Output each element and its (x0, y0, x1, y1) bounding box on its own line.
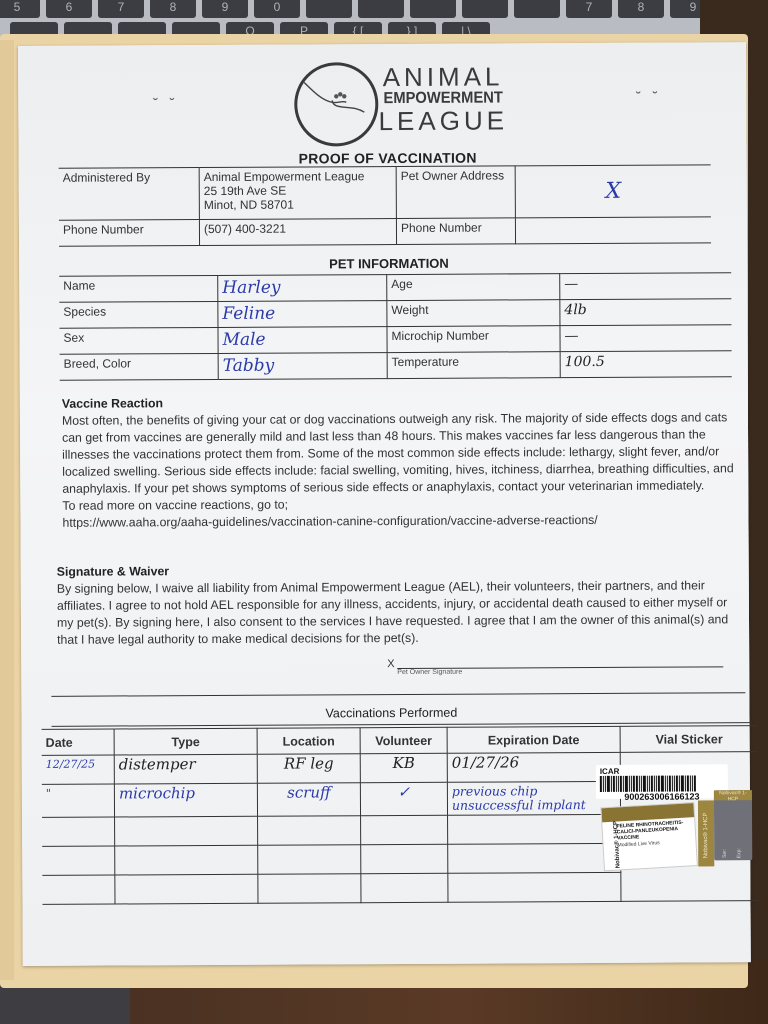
pet-info-value[interactable]: Male (218, 327, 387, 354)
pet-info-row: SpeciesFelineWeight4lb (59, 299, 731, 329)
pet-info-value[interactable]: Tabby (218, 353, 387, 380)
vaccinations-header-row: DateTypeLocationVolunteerExpiration Date… (42, 726, 758, 756)
vaccine-vial-tab: Nobivac® 1-HCP (698, 800, 714, 866)
aaha-link[interactable]: https://www.aaha.org/aaha-guidelines/vac… (62, 513, 597, 530)
admin-value-line3: Minot, ND 58701 (204, 197, 392, 212)
pet-info-value[interactable]: Harley (218, 275, 387, 302)
vaccination-type-cell[interactable] (115, 874, 258, 904)
vaccination-volunteer-cell[interactable] (361, 873, 448, 902)
pet-info-value[interactable]: 4lb (560, 299, 732, 326)
keyboard-key: 5 (0, 0, 40, 18)
pet-owner-address-label: Pet Owner Address (396, 166, 515, 219)
keyboard-key: 8 (618, 0, 664, 18)
decor-left: ˘ ˘ (153, 95, 178, 111)
vaccination-expiration-cell[interactable]: previous chip unsuccessful implant (447, 781, 620, 815)
admin-value-line2: 25 19th Ave SE (204, 183, 392, 198)
folder-edge (0, 40, 14, 980)
pet-info-label: Breed, Color (60, 353, 219, 380)
org-name-line2: EMPOWERMENT (383, 89, 502, 108)
vaccine-lot-sticker: Nobivac® 1-HCP Ser: Exp: (714, 790, 752, 860)
pet-info-label: Weight (387, 300, 560, 327)
pet-info-row: SexMaleMicrochip Number— (59, 325, 731, 355)
pet-info-label: Age (387, 274, 560, 301)
keyboard-key: 9 (670, 0, 700, 18)
vaccination-type-cell[interactable]: distemper (114, 754, 257, 784)
column-header: Type (114, 728, 257, 755)
vaccinations-title: Vaccinations Performed (325, 706, 457, 721)
column-header: Location (257, 728, 360, 755)
vaccination-volunteer-cell[interactable] (361, 844, 448, 873)
vaccination-date-cell[interactable]: 12/27/25 (42, 755, 115, 784)
administered-by-value: Animal Empowerment League 25 19th Ave SE… (199, 167, 396, 220)
keyboard-key: 8 (150, 0, 196, 18)
pet-info-row: NameHarleyAge— (59, 273, 731, 303)
vaccination-location-cell[interactable]: scruff (257, 783, 360, 817)
vaccination-type-cell[interactable] (115, 845, 258, 875)
keyboard-key: 6 (46, 0, 92, 18)
keyboard-key (462, 0, 508, 18)
org-name-line3: LEAGUE (378, 107, 508, 134)
column-header: Vial Sticker (620, 726, 758, 753)
decor-right: ˘ ˘ (636, 89, 661, 105)
pet-info-label: Species (59, 301, 218, 328)
read-more-text: To read more on vaccine reactions, go to… (62, 498, 288, 513)
keyboard-key: 9 (202, 0, 248, 18)
pet-info-row: Breed, ColorTabbyTemperature100.5 (60, 351, 732, 381)
keyboard-key (306, 0, 352, 18)
barcode-icon (600, 775, 724, 792)
vaccination-location-cell[interactable] (258, 874, 361, 904)
keyboard-key: 7 (566, 0, 612, 18)
vaccination-expiration-cell[interactable] (448, 843, 621, 873)
vaccine-reaction-heading: Vaccine Reaction (62, 396, 163, 411)
vaccination-date-cell[interactable] (42, 846, 115, 875)
owner-phone-field[interactable] (515, 217, 711, 244)
microchip-barcode-sticker: ICAR 900263006166123 (596, 764, 728, 799)
org-logo: ANIMAL EMPOWERMENT LEAGUE (294, 61, 504, 138)
pet-info-value[interactable]: Feline (218, 301, 387, 328)
vaccination-type-cell[interactable]: microchip (114, 783, 257, 817)
keyboard-key (410, 0, 456, 18)
pet-info-value[interactable]: — (560, 273, 732, 300)
vaccination-volunteer-cell[interactable]: KB (360, 753, 447, 782)
keyboard-key: 0 (254, 0, 300, 18)
vaccination-expiration-cell[interactable]: 01/27/26 (447, 752, 620, 782)
vaccination-expiration-cell[interactable] (448, 814, 621, 844)
column-header: Volunteer (360, 727, 447, 753)
vaccination-date-cell[interactable]: " (42, 784, 115, 817)
admin-value-line1: Animal Empowerment League (204, 169, 392, 184)
signature-caption: Pet Owner Signature (397, 669, 462, 676)
pet-info-table: NameHarleyAge—SpeciesFelineWeight4lbSexM… (59, 272, 732, 381)
lot-label: Ser: (722, 849, 728, 858)
vaccine-reaction-body: Most often, the benefits of giving your … (62, 410, 734, 495)
column-header: Date (42, 729, 115, 755)
vaccination-location-cell[interactable] (258, 816, 361, 846)
vaccination-expiration-cell[interactable] (448, 872, 621, 902)
signature-x: X (387, 658, 394, 670)
vaccination-date-cell[interactable] (42, 875, 115, 904)
vaccination-volunteer-cell[interactable]: ✓ (360, 782, 447, 815)
org-name-line1: ANIMAL (378, 63, 508, 90)
phone-value: (507) 400-3221 (199, 219, 396, 246)
form-title: PROOF OF VACCINATION (299, 150, 477, 167)
lot-sticker-band: Nobivac® 1-HCP (714, 790, 752, 800)
vaccination-volunteer-cell[interactable] (361, 815, 448, 844)
administered-by-label: Administered By (59, 168, 200, 221)
exp-label: Exp: (736, 848, 742, 858)
keyboard-key (514, 0, 560, 18)
keyboard-key (358, 0, 404, 18)
pet-info-value[interactable]: — (560, 325, 732, 352)
hands-holding-paw-icon (302, 78, 366, 118)
vaccination-location-cell[interactable] (258, 845, 361, 875)
vaccination-type-cell[interactable] (115, 816, 258, 846)
keyboard-key: 7 (98, 0, 144, 18)
pet-info-label: Temperature (387, 352, 560, 379)
pet-info-label: Sex (59, 327, 218, 354)
waiver-heading: Signature & Waiver (57, 564, 169, 579)
phone-label: Phone Number (59, 220, 200, 247)
vaccine-brand-tab: Nobivac® 1-HCP (703, 809, 709, 861)
vaccination-date-cell[interactable] (42, 817, 115, 846)
vaccine-vial-sticker: FELINE RHINOTRACHEITIS-CALICI-PANLEUKOPE… (600, 802, 698, 871)
owner-phone-label: Phone Number (396, 218, 515, 245)
admin-table: Administered By Animal Empowerment Leagu… (59, 164, 711, 246)
waiver-body: By signing below, I waive all liability … (57, 578, 728, 646)
column-header: Expiration Date (447, 726, 620, 753)
pet-info-title: PET INFORMATION (329, 256, 449, 272)
pet-info-value[interactable]: 100.5 (560, 351, 732, 378)
vaccine-reaction-section: Vaccine Reaction Most often, the benefit… (62, 392, 743, 532)
pet-owner-address-field[interactable]: X (515, 165, 711, 218)
waiver-section: Signature & Waiver By signing below, I w… (57, 560, 747, 649)
vaccination-location-cell[interactable]: RF leg (257, 754, 360, 784)
pet-info-label: Name (59, 275, 218, 302)
pet-info-label: Microchip Number (387, 326, 560, 353)
vaccination-form-paper: ANIMAL EMPOWERMENT LEAGUE ˘ ˘ ˘ ˘ PROOF … (18, 42, 751, 966)
